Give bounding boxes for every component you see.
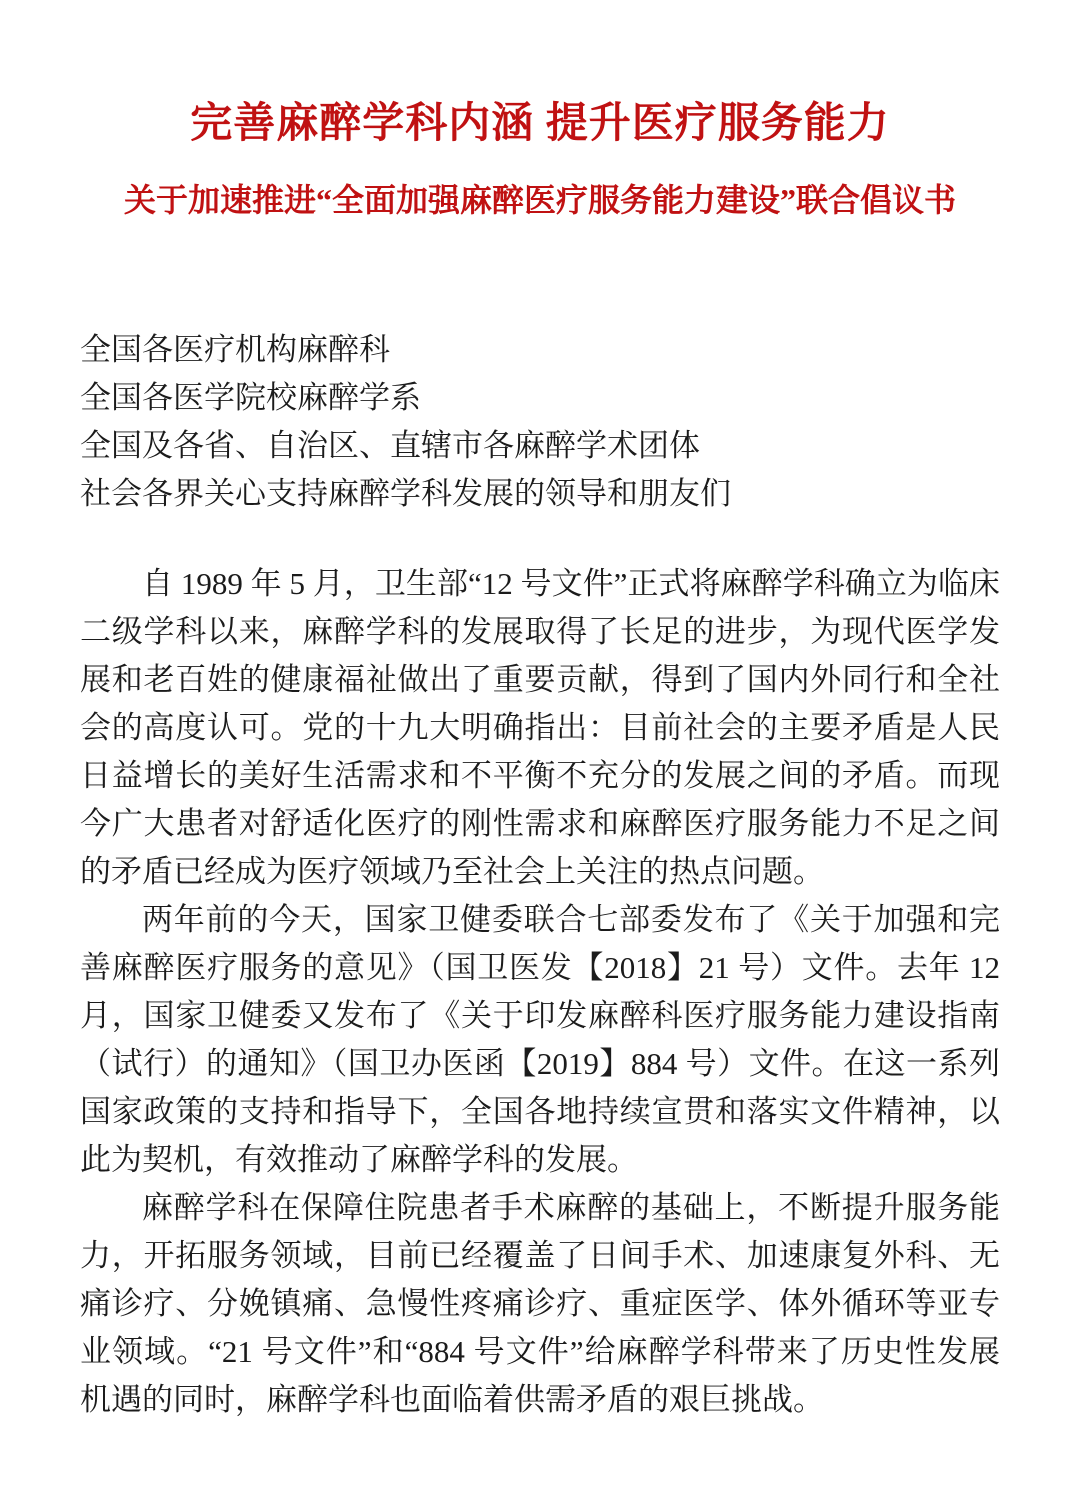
document-title: 完善麻醉学科内涵 提升医疗服务能力 xyxy=(80,100,1000,148)
document-body: 自 1989 年 5 月，卫生部“12 号文件”正式将麻醉学科确立为临床二级学科… xyxy=(80,560,1000,1424)
body-paragraph-2: 两年前的今天，国家卫健委联合七部委发布了《关于加强和完善麻醉医疗服务的意见》（国… xyxy=(80,896,1000,1184)
recipients-block: 全国各医疗机构麻醉科 全国各医学院校麻醉学系 全国及各省、自治区、直辖市各麻醉学… xyxy=(80,326,1000,518)
recipient-line-4: 社会各界关心支持麻醉学科发展的领导和朋友们 xyxy=(80,470,1000,518)
recipient-line-2: 全国各医学院校麻醉学系 xyxy=(80,374,1000,422)
recipient-line-1: 全国各医疗机构麻醉科 xyxy=(80,326,1000,374)
body-paragraph-1: 自 1989 年 5 月，卫生部“12 号文件”正式将麻醉学科确立为临床二级学科… xyxy=(80,560,1000,896)
recipient-line-3: 全国及各省、自治区、直辖市各麻醉学术团体 xyxy=(80,422,1000,470)
body-paragraph-3: 麻醉学科在保障住院患者手术麻醉的基础上，不断提升服务能力，开拓服务领域，目前已经… xyxy=(80,1184,1000,1424)
document-subtitle: 关于加速推进“全面加强麻醉医疗服务能力建设”联合倡议书 xyxy=(80,180,1000,220)
document-page: 完善麻醉学科内涵 提升医疗服务能力 关于加速推进“全面加强麻醉医疗服务能力建设”… xyxy=(0,0,1080,1498)
